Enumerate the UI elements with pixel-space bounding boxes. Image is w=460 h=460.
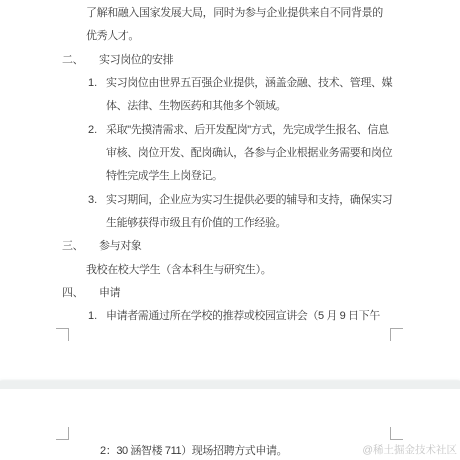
text-boundary-mark: [56, 328, 69, 341]
doc-line-text: 实习岗位由世界五百强企业提供，涵盖金融、技术、管理、媒: [106, 77, 392, 89]
doc-line-text: 我校在校大学生（含本科生与研究生）。: [86, 264, 271, 276]
heading-text: 申请: [99, 287, 120, 299]
list-number: 1.: [88, 305, 97, 328]
heading-text: 参与对象: [99, 240, 141, 252]
doc-line: 特性完成学生上岗登记。: [0, 165, 460, 188]
text-boundary-mark: [390, 328, 403, 341]
doc-line-text: 体、法律、生物医药和其他多个领域。: [106, 100, 286, 112]
heading-number: 四、: [62, 282, 99, 305]
doc-line-text: 审核、岗位开发、配岗确认，各参与企业根据业务需要和岗位: [106, 147, 392, 159]
doc-list-item: 3.实习期间，企业应为实习生提供必要的辅导和支持，确保实习: [0, 189, 460, 212]
doc-list-item: 1.实习岗位由世界五百强企业提供，涵盖金融、技术、管理、媒: [0, 72, 460, 95]
watermark: @稀土掘金技术社区: [362, 444, 457, 457]
text-boundary-mark: [390, 427, 403, 440]
heading-text: 实习岗位的安排: [99, 54, 173, 66]
doc-line-text: 特性完成学生上岗登记。: [106, 170, 223, 182]
list-number: 2.: [88, 119, 97, 142]
doc-line-text: 2：30 涵智楼 711）现场招聘方式申请。: [100, 445, 287, 457]
doc-list-item: 2.采取"先摸清需求、后开发配岗"方式，先完成学生报名、信息: [0, 119, 460, 142]
doc-list-item: 1.申请者需通过所在学校的推荐或校园宣讲会（5 月 9 日下午: [0, 305, 460, 328]
heading-number: 三、: [62, 235, 99, 258]
text-boundary-mark: [56, 427, 69, 440]
list-number: 3.: [88, 189, 97, 212]
doc-line: 2：30 涵智楼 711）现场招聘方式申请。: [0, 444, 287, 458]
page1-text-block: 了解和融入国家发展大局，同时为参与企业提供来自不同背景的 优秀人才。 二、实习岗…: [0, 2, 460, 329]
doc-line-text: 申请者需通过所在学校的推荐或校园宣讲会（5 月 9 日下午: [106, 310, 380, 322]
doc-line: 审核、岗位开发、配岗确认，各参与企业根据业务需要和岗位: [0, 142, 460, 165]
doc-line: 生能够获得市级且有价值的工作经验。: [0, 212, 460, 235]
doc-line-text: 了解和融入国家发展大局，同时为参与企业提供来自不同背景的: [86, 7, 383, 19]
list-number: 1.: [88, 72, 97, 95]
doc-line-text: 生能够获得市级且有价值的工作经验。: [106, 217, 286, 229]
doc-line: 我校在校大学生（含本科生与研究生）。: [0, 259, 460, 282]
doc-heading-2: 二、实习岗位的安排: [0, 49, 460, 72]
doc-line: 优秀人才。: [0, 25, 460, 48]
page-break-gap: [0, 381, 460, 389]
doc-line: 了解和融入国家发展大局，同时为参与企业提供来自不同背景的: [0, 2, 460, 25]
doc-line: 体、法律、生物医药和其他多个领域。: [0, 95, 460, 118]
doc-line-text: 优秀人才。: [86, 30, 139, 42]
heading-number: 二、: [62, 49, 99, 72]
doc-line-text: 采取"先摸清需求、后开发配岗"方式，先完成学生报名、信息: [106, 124, 389, 136]
doc-heading-4: 四、申请: [0, 282, 460, 305]
doc-line-text: 实习期间，企业应为实习生提供必要的辅导和支持，确保实习: [106, 194, 392, 206]
doc-heading-3: 三、参与对象: [0, 235, 460, 258]
document-page-1: 了解和融入国家发展大局，同时为参与企业提供来自不同背景的 优秀人才。 二、实习岗…: [0, 0, 460, 381]
